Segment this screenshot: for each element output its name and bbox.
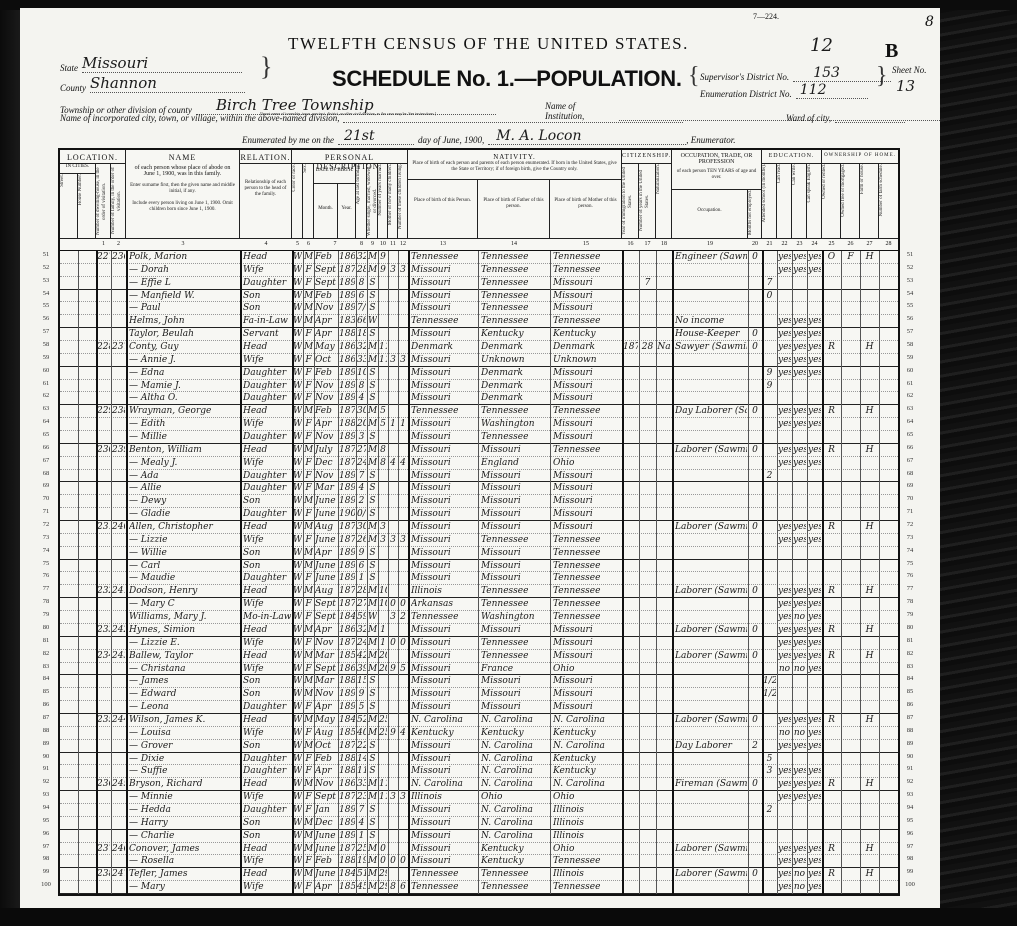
cell-family: 244 [112,714,125,726]
line-number: 58 [36,341,56,348]
cell-nat [657,470,671,482]
cell-occupation [675,431,747,443]
cell-mother-of [389,392,397,404]
cell-yrs-us [640,418,655,430]
line-number: 94 [36,804,56,811]
cell-write: yes [793,264,806,276]
line-number: 74 [36,547,56,554]
cell-free [842,560,859,572]
cell-sex: M [304,650,313,662]
column-number: 18 [656,241,672,247]
column-number: 1 [96,241,111,247]
cell-read [778,675,791,687]
cell-farm [861,611,878,623]
cell-marital: M [368,868,377,880]
cell-marital: S [368,701,377,713]
cell-relation: Wife [243,881,291,893]
cell-english: yes [808,727,821,739]
cell-write: yes [793,843,806,855]
census-title: TWELFTH CENSUS OF THE UNITED STATES. [288,34,689,54]
cell-school [763,663,776,675]
cell-color: W [293,791,302,803]
cell-marital: M [368,585,377,597]
cell-color: W [293,354,302,366]
cell-read [778,547,791,559]
cell-month: Apr [315,418,337,430]
cell-dwelling [97,367,110,379]
cell-color: W [293,624,302,636]
cell-mother: Kentucky [553,753,621,765]
cell-yrs-married: 1 [379,637,387,649]
cell-farm [861,470,878,482]
cell-living [399,765,407,777]
cell-yrs-married [379,482,387,494]
cell-read: yes [778,624,791,636]
cell-year: 1871 [339,264,355,276]
line-number: 86 [36,701,56,708]
cell-age: 18 [357,328,366,340]
cell-write: yes [793,354,806,366]
cell-english [808,753,821,765]
cell-birth: Denmark [411,341,477,353]
cell-nat [657,650,671,662]
grid-line [762,251,764,894]
cell-year: 1898 [339,830,355,842]
cell-mother: Missouri [553,521,621,533]
cell-age: 3 [357,431,366,443]
cell-father: Washington [481,611,549,623]
cell-living [399,740,407,752]
cell-month: Feb [315,367,337,379]
line-number: 72 [900,521,920,528]
column-number: 6 [303,241,314,247]
cell-family [112,791,125,803]
cell-color: W [293,521,302,533]
cell-occupation [675,881,747,893]
cell-birth: Tennessee [411,251,477,263]
table-row: 7373— LizzieWifeWFJune187326M333Missouri… [60,534,898,547]
grid-line [408,251,410,894]
cell-father: Tennessee [481,251,549,263]
cell-dwelling [97,740,110,752]
line-number: 84 [900,675,920,682]
cell-color: W [293,495,302,507]
cell-sex: M [304,547,313,559]
cell-living [399,701,407,713]
cell-imm [623,701,638,713]
cell-yrs-married [379,611,387,623]
cell-year: 1889 [339,765,355,777]
cell-color: W [293,881,302,893]
cell-name: Allen, Christopher [129,521,239,533]
cell-nat [657,431,671,443]
cell-birth: Missouri [411,418,477,430]
cell-dwelling [97,701,110,713]
cell-occupation [675,753,747,765]
cell-dwelling: 233 [97,624,110,636]
cell-name: — Mealy J. [129,457,239,469]
column-number: 4 [240,241,292,247]
cell-father: Denmark [481,380,549,392]
line-number: 53 [900,277,920,284]
cell-month: Feb [315,405,337,417]
col-can-read: Can read. [777,164,792,238]
col-mother-of: Mother of how many children. [388,164,398,238]
cell-mother-of: 0 [389,855,397,867]
cell-school [763,868,776,880]
cell-unemployed [749,290,761,302]
cell-family [112,675,125,687]
cell-english [808,431,821,443]
cell-year: 1893 [339,804,355,816]
cell-unemployed [749,560,761,572]
col-street: Street. [60,174,78,238]
cell-yrs-married [379,560,387,572]
city-label: Name of incorporated city, town, or vill… [60,113,339,123]
cell-free [842,457,859,469]
cell-father: Tennessee [481,277,549,289]
cell-family [112,354,125,366]
cell-marital: S [368,804,377,816]
cell-mother-of: 4 [389,457,397,469]
cell-mother: Tennessee [553,585,621,597]
cell-sex: F [304,431,313,443]
cell-father: Tennessee [481,534,549,546]
cell-living [399,804,407,816]
cell-sex: F [304,482,313,494]
cell-father: Missouri [481,701,549,713]
cell-mother: Tennessee [553,598,621,610]
cell-free [842,495,859,507]
col-can-speak-english: Can speak English. [807,164,822,238]
cell-read [778,495,791,507]
cell-write [793,560,806,572]
cell-farm: H [861,714,878,726]
cell-english: yes [808,637,821,649]
cell-own: R [823,444,840,456]
cell-yrs-us [640,624,655,636]
cell-relation: Son [243,547,291,559]
table-row: 6464— EdithWifeWFApr188020M511MissouriWa… [60,418,898,431]
enumerator-name: M. A. Locon [488,128,686,145]
cell-school: 1/2 [763,688,776,700]
sheet-letter: B [885,40,898,63]
cell-own [823,457,840,469]
cell-month: Sept [315,264,337,276]
cell-relation: Daughter [243,804,291,816]
cell-english [808,830,821,842]
cell-farm [861,881,878,893]
cell-family [112,701,125,713]
cell-living [399,290,407,302]
cell-own [823,560,840,572]
line-number: 56 [900,315,920,322]
cell-school [763,392,776,404]
grid-line [822,251,824,894]
cell-mother-of: 9 [389,727,397,739]
grid-line [550,251,551,894]
cell-dwelling [97,753,110,765]
table-row: 5353— Effie LDaughterWFSept18918SMissour… [60,277,898,290]
cell-unemployed: 0 [749,405,761,417]
cell-father: Tennessee [481,315,549,327]
cell-nat: Na [657,341,671,353]
cell-occupation [675,663,747,675]
cell-read: yes [778,637,791,649]
cell-occupation [675,675,747,687]
cell-english [808,495,821,507]
line-number: 100 [36,881,56,888]
line-number: 97 [36,843,56,850]
cell-write: yes [793,650,806,662]
cell-free [842,367,859,379]
cell-family [112,765,125,777]
cell-yrs-married: 20 [379,663,387,675]
cell-sex: F [304,637,313,649]
line-number: 68 [900,470,920,477]
cell-unemployed [749,367,761,379]
line-number: 79 [900,611,920,618]
cell-family: 243 [112,650,125,662]
cell-unemployed [749,380,761,392]
cell-birth: Tennessee [411,881,477,893]
cell-unemployed [749,881,761,893]
cell-nat [657,251,671,263]
cell-father: Tennessee [481,405,549,417]
cell-read: yes [778,367,791,379]
cell-color: W [293,418,302,430]
cell-mother: Missouri [553,624,621,636]
cell-year: 1900 [339,508,355,520]
table-row: 9090— DixieDaughterWFFeb188614SMissouriN… [60,753,898,766]
table-row: 9696— CharlieSonWMJune18981SMissouriN. C… [60,830,898,843]
line-number: 52 [900,264,920,271]
cell-write [793,392,806,404]
cell-read: no [778,663,791,675]
cell-unemployed: 0 [749,251,761,263]
cell-farm: H [861,405,878,417]
cell-occupation [675,418,747,430]
cell-marital: S [368,431,377,443]
cell-living [399,650,407,662]
cell-name: — Mamie J. [129,380,239,392]
cell-marital: S [368,675,377,687]
line-number: 78 [900,598,920,605]
cell-relation: Head [243,444,291,456]
col-age: Age at last birthday. [356,164,367,238]
cell-occupation [675,367,747,379]
line-number: 95 [900,817,920,824]
cell-age: 0/12 [357,508,366,520]
cell-imm [623,482,638,494]
cell-school [763,302,776,314]
cell-nat [657,714,671,726]
cell-imm [623,714,638,726]
cell-dwelling: 234 [97,650,110,662]
cell-farm [861,598,878,610]
cell-father: N. Carolina [481,714,549,726]
cell-mother-of [389,560,397,572]
cell-color: W [293,701,302,713]
cell-yrs-us [640,881,655,893]
cell-year: 1875 [339,637,355,649]
col-house-number: House Number. [78,174,96,238]
cell-color: W [293,457,302,469]
cell-yrs-married [379,392,387,404]
column-number: 24 [807,241,822,247]
cell-own [823,470,840,482]
cell-free [842,650,859,662]
cell-farm [861,663,878,675]
cell-living: 3 [399,534,407,546]
cell-english: yes [808,714,821,726]
cell-free [842,380,859,392]
col-group-education: EDUCATION. [762,150,822,164]
cell-living: 3 [399,354,407,366]
column-number: 27 [860,241,879,247]
cell-sex: M [304,868,313,880]
column-number: 3 [126,241,240,247]
line-number: 87 [900,714,920,721]
cell-occupation [675,457,747,469]
cell-birth: Missouri [411,508,477,520]
cell-age: 6 [357,290,366,302]
cell-mother-of [389,753,397,765]
cell-year: 1860 [339,663,355,675]
cell-nat [657,302,671,314]
cell-living: 1 [399,418,407,430]
cell-father: France [481,663,549,675]
table-row: 9494— HeddaDaughterWFJan18937SMissouriN.… [60,804,898,817]
cell-color: W [293,444,302,456]
grid-line [78,251,79,894]
table-row: 6666230239Benton, WilliamHeadWMJuly18722… [60,444,898,457]
table-row: 9292236245Bryson, RichardHeadWMNov186633… [60,778,898,791]
cell-mother-of: 0 [389,598,397,610]
cell-mother: Ohio [553,663,621,675]
line-number: 93 [900,791,920,798]
cell-year: 1873 [339,534,355,546]
column-number: 21 [762,241,777,247]
cell-age: 24 [357,637,366,649]
cell-name: Benton, William [129,444,239,456]
cell-age: 51 [357,868,366,880]
cell-school [763,611,776,623]
table-row: 6060— EdnaDaughterWFFeb189010SMissouriDe… [60,367,898,380]
cell-year: 1868 [339,341,355,353]
cell-age: 6 [357,560,366,572]
cell-family [112,495,125,507]
cell-unemployed: 0 [749,521,761,533]
cell-color: W [293,547,302,559]
cell-sex: M [304,817,313,829]
cell-birth: Missouri [411,380,477,392]
cell-write: yes [793,740,806,752]
table-row: 8787235244Wilson, James K.HeadWMMay18485… [60,714,898,727]
cell-yrs-us [640,611,655,623]
cell-relation: Daughter [243,753,291,765]
cell-birth: N. Carolina [411,714,477,726]
cell-mother-of [389,765,397,777]
cell-yrs-married: 9 [379,264,387,276]
cell-family: 239 [112,444,125,456]
cell-write [793,482,806,494]
enumeration-district-label: Enumeration District No. [700,89,792,99]
cell-color: W [293,380,302,392]
cell-marital: M [368,791,377,803]
cell-relation: Wife [243,418,291,430]
line-number: 80 [36,624,56,631]
cell-month: Aug [315,727,337,739]
cell-family: 238 [112,405,125,417]
cell-occupation [675,817,747,829]
cell-own: R [823,624,840,636]
cell-father: Denmark [481,367,549,379]
cell-write [793,701,806,713]
cell-father: Kentucky [481,727,549,739]
cell-living [399,470,407,482]
cell-own [823,290,840,302]
cell-dwelling [97,431,110,443]
cell-marital: M [368,843,377,855]
cell-year: 1891 [339,277,355,289]
table-row: 7171— GladieDaughterWFJune19000/12SMisso… [60,508,898,521]
cell-write [793,277,806,289]
cell-family [112,380,125,392]
enumerator-label: , Enumerator. [686,135,735,145]
cell-imm [623,315,638,327]
cell-nat [657,765,671,777]
cell-occupation: Day Laborer [675,740,747,752]
line-number: 95 [36,817,56,824]
cell-write: yes [793,315,806,327]
cell-yrs-us [640,778,655,790]
cell-read [778,572,791,584]
cell-family: 237 [112,341,125,353]
cell-school [763,817,776,829]
cell-farm: H [861,624,878,636]
cell-imm [623,560,638,572]
cell-imm [623,598,638,610]
cell-dwelling [97,315,110,327]
cell-english: yes [808,663,821,675]
cell-birth: Missouri [411,624,477,636]
line-number: 69 [36,482,56,489]
cell-yrs-married [379,547,387,559]
cell-sex: F [304,392,313,404]
cell-yrs-married: 5 [379,405,387,417]
line-number: 54 [900,290,920,297]
schedule-title: SCHEDULE No. 1.—POPULATION. [332,66,682,92]
cell-sex: F [304,367,313,379]
cell-school: 1/2 [763,675,776,687]
cell-living [399,624,407,636]
cell-month: Sept [315,611,337,623]
cell-nat [657,495,671,507]
cell-english: yes [808,457,821,469]
cell-english: yes [808,328,821,340]
cell-own: R [823,843,840,855]
column-number: 16 [622,241,639,247]
cell-yrs-married [379,740,387,752]
cell-relation: Wife [243,354,291,366]
cell-marital: M [368,650,377,662]
cell-school [763,598,776,610]
cell-dwelling: 236 [97,778,110,790]
cell-write: yes [793,637,806,649]
table-row: 6767— Mealy J.WifeWFDec187524M844Missour… [60,457,898,470]
cell-farm [861,315,878,327]
